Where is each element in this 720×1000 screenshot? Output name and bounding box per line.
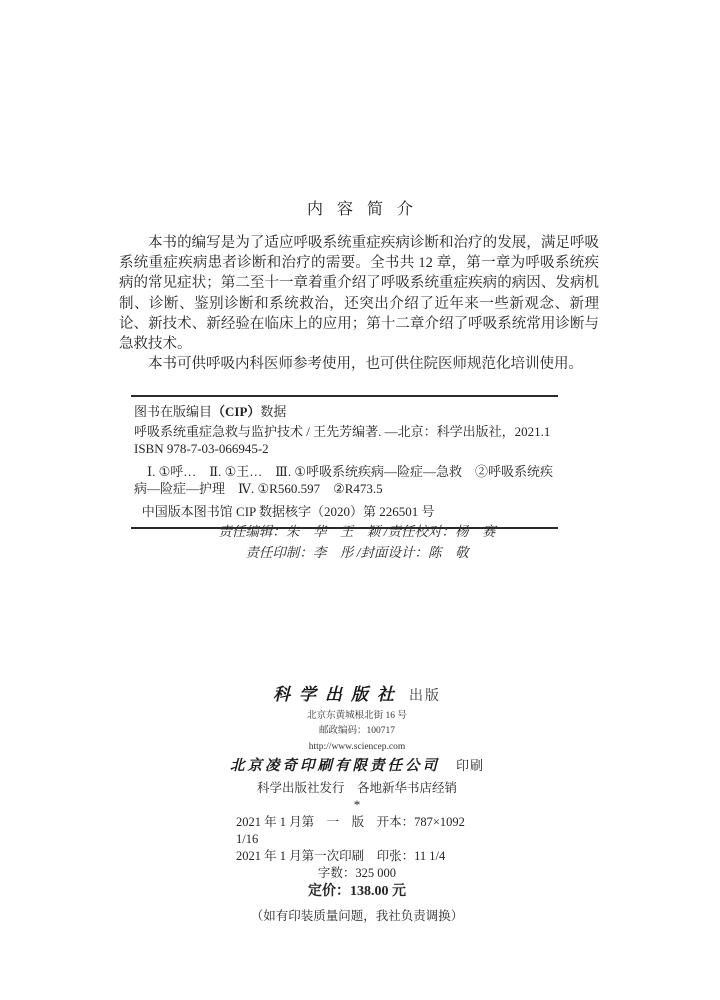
publisher-role: 出版 bbox=[409, 689, 441, 704]
cip-classification-line: Ⅰ. ①呼… Ⅱ. ①王… Ⅲ. ①呼吸系统疾病—险症—急救 ②呼吸系统疾病—险… bbox=[134, 463, 558, 498]
distribution-line: 科学出版社发行 各地新华书店经销 bbox=[0, 781, 714, 796]
publisher-postcode: 邮政编码：100717 bbox=[0, 725, 714, 737]
printer-line: 北京凌奇印刷有限责任公司印刷 bbox=[0, 757, 714, 775]
staff-editors-line: 责任编辑：朱 华 王 颖 /责任校对：杨 赛 bbox=[0, 521, 714, 542]
staff-printing-line: 责任印制：李 彤 /封面设计：陈 敬 bbox=[0, 542, 714, 563]
cip-heading-prefix: 图书在版编目 bbox=[134, 404, 212, 419]
cip-title-line: 呼吸系统重症急救与监护技术 / 王先芳编著. —北京：科学出版社，2021.1 bbox=[134, 423, 558, 441]
book-copyright-page: 内容简介 本书的编写是为了适应呼吸系统重症疾病诊断和治疗的发展，满足呼吸系统重症… bbox=[0, 0, 720, 1000]
printer-name: 北京凌奇印刷有限责任公司 bbox=[230, 758, 440, 774]
publisher-line: 科学出版社出版 bbox=[0, 685, 714, 707]
publisher-address: 北京东黄城根北街 16 号 bbox=[0, 710, 714, 722]
cip-heading-cip: （CIP） bbox=[212, 404, 260, 419]
colophon: 科学出版社出版 北京东黄城根北街 16 号 邮政编码：100717 http:/… bbox=[0, 685, 714, 924]
price: 定价：138.00 元 bbox=[0, 883, 714, 900]
cip-isbn-line: ISBN 978-7-03-066945-2 bbox=[134, 440, 558, 458]
publisher-website: http://www.sciencep.com bbox=[0, 741, 714, 753]
intro-paragraph: 本书可供呼吸内科医师参考使用，也可供住院医师规范化培训使用。 bbox=[119, 354, 599, 374]
cip-heading: 图书在版编目（CIP）数据 bbox=[134, 403, 558, 421]
staff-credits: 责任编辑：朱 华 王 颖 /责任校对：杨 赛 责任印制：李 彤 /封面设计：陈 … bbox=[0, 521, 714, 563]
cip-heading-suffix: 数据 bbox=[260, 404, 286, 419]
impression-line: 2021 年 1 月第一次印刷 印张：11 1/4 bbox=[236, 848, 478, 865]
word-count: 字数：325 000 bbox=[0, 866, 714, 881]
printer-role: 印刷 bbox=[456, 758, 484, 773]
edition-line: 2021 年 1 月第 一 版 开本：787×1092 1/16 bbox=[236, 814, 478, 848]
intro-paragraph: 本书的编写是为了适应呼吸系统重症疾病诊断和治疗的发展，满足呼吸系统重症疾病患者诊… bbox=[119, 233, 599, 354]
quality-note: （如有印装质量问题，我社负责调换） bbox=[0, 909, 714, 924]
asterisk-divider: * bbox=[0, 799, 714, 811]
cip-record-number-line: 中国版本图书馆 CIP 数据核字（2020）第 226501 号 bbox=[134, 503, 558, 521]
cip-data-box: 图书在版编目（CIP）数据 呼吸系统重症急救与监护技术 / 王先芳编著. —北京… bbox=[131, 395, 558, 529]
intro-title: 内容简介 bbox=[0, 196, 720, 219]
publisher-name: 科学出版社 bbox=[273, 685, 403, 704]
intro-summary: 本书的编写是为了适应呼吸系统重症疾病诊断和治疗的发展，满足呼吸系统重症疾病患者诊… bbox=[119, 233, 599, 374]
edition-block: 2021 年 1 月第 一 版 开本：787×1092 1/16 2021 年 … bbox=[236, 814, 478, 865]
